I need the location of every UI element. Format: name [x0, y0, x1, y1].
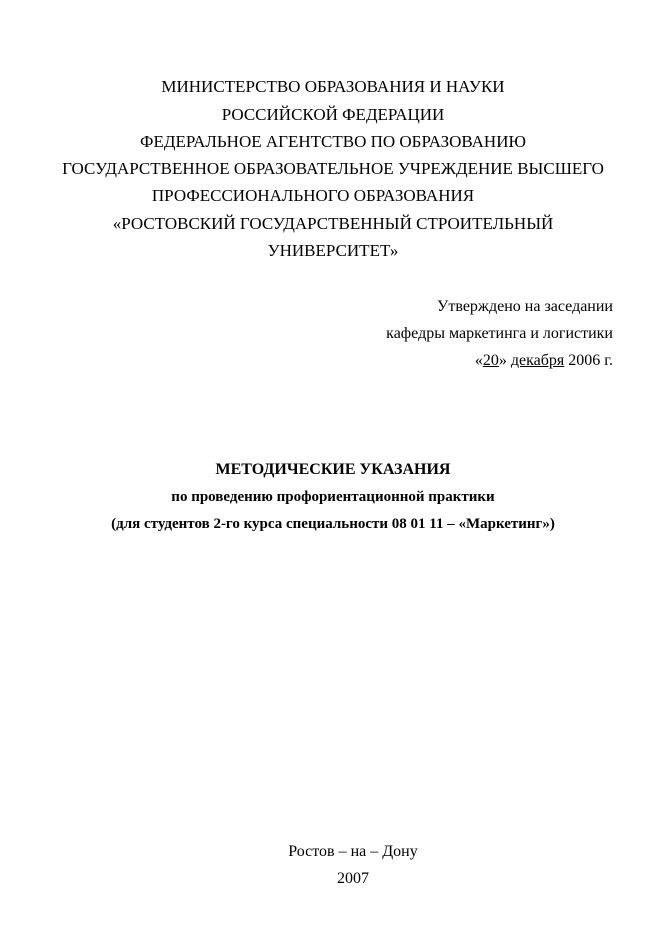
header-line-university-name: «РОСТОВСКИЙ ГОСУДАРСТВЕННЫЙ СТРОИТЕЛЬНЫЙ: [0, 214, 666, 234]
approval-date: «20» декабря 2006 г.: [475, 351, 613, 371]
date-day: 20: [483, 352, 499, 369]
header-line-professional-education: ПРОФЕССИОНАЛЬНОГО ОБРАЗОВАНИЯ: [0, 186, 646, 206]
header-line-institution-type: ГОСУДАРСТВЕННОЕ ОБРАЗОВАТЕЛЬНОЕ УЧРЕЖДЕН…: [0, 159, 666, 179]
date-month: декабря: [511, 352, 564, 369]
header-line-agency: ФЕДЕРАЛЬНОЕ АГЕНТСТВО ПО ОБРАЗОВАНИЮ: [0, 132, 666, 152]
header-line-federation: РОССИЙСКОЙ ФЕДЕРАЦИИ: [0, 105, 666, 125]
publication-year: 2007: [20, 869, 666, 889]
approval-line-department: кафедры маркетинга и логистики: [386, 324, 613, 344]
header-line-ministry: МИНИСТЕРСТВО ОБРАЗОВАНИЯ И НАУКИ: [0, 77, 666, 97]
date-open-quote: «: [475, 352, 483, 369]
header-line-university: УНИВЕРСИТЕТ»: [0, 241, 666, 261]
publication-city: Ростов – на – Дону: [20, 842, 666, 862]
document-page: МИНИСТЕРСТВО ОБРАЗОВАНИЯ И НАУКИ РОССИЙС…: [0, 0, 666, 945]
document-title: МЕТОДИЧЕСКИЕ УКАЗАНИЯ: [0, 460, 666, 480]
document-audience: (для студентов 2-го курса специальности …: [0, 514, 666, 534]
document-subtitle: по проведению профориентационной практик…: [0, 487, 666, 507]
approval-line-meeting: Утверждено на заседании: [437, 297, 613, 317]
date-year: 2006 г.: [568, 352, 613, 369]
date-close-quote: »: [499, 352, 507, 369]
